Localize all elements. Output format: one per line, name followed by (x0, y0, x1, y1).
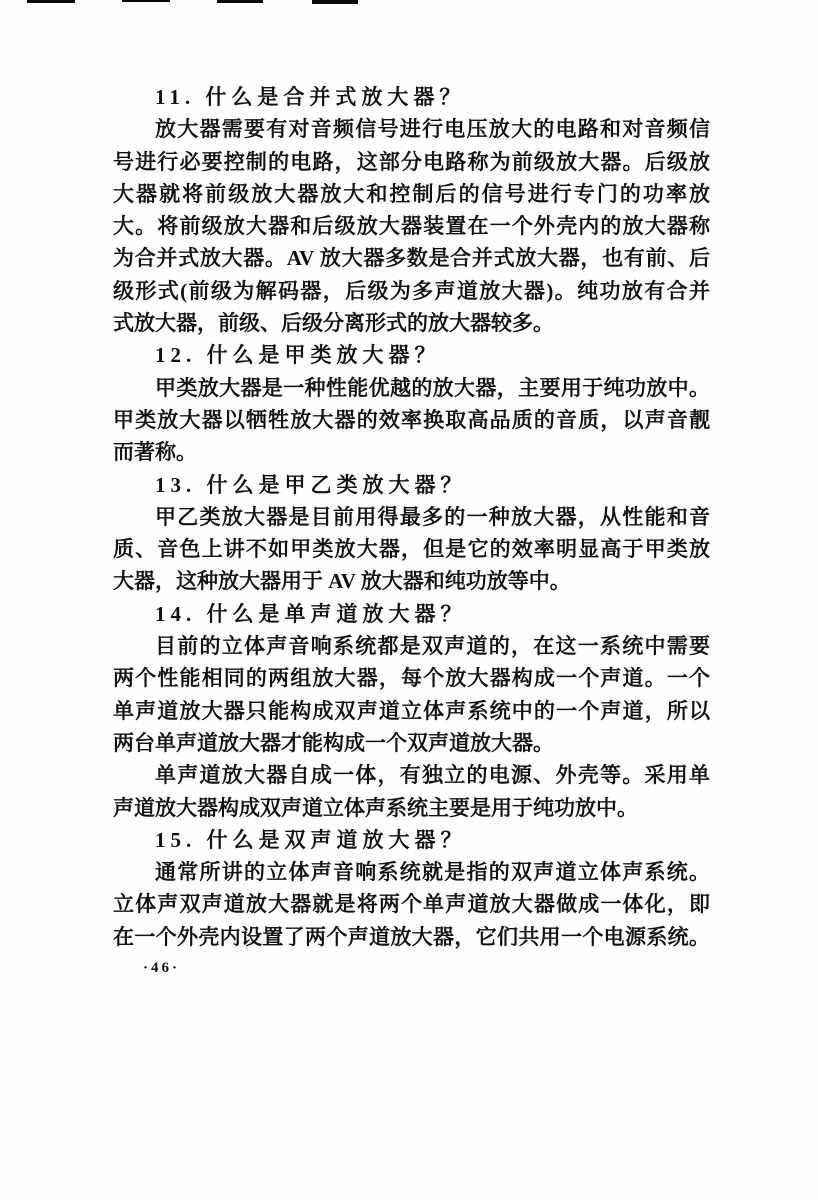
text-line: 通常所讲的立体声音响系统就是指的双声道立体声系统。 (113, 856, 710, 888)
text-line: 甲乙类放大器是目前用得最多的一种放大器，从性能和音 (113, 501, 710, 533)
text-line: 甲类放大器是一种性能优越的放大器，主要用于纯功放中。 (113, 372, 710, 404)
text-line: 两台单声道放大器才能构成一个双声道放大器。 (113, 727, 710, 759)
text-line: 目前的立体声音响系统都是双声道的，在这一系统中需要 (113, 630, 710, 662)
scanned-book-page: 11. 什么是合并式放大器？ 放大器需要有对音频信号进行电压放大的电路和对音频信… (0, 0, 818, 1200)
top-mark-bar-3 (217, 0, 263, 3)
text-line: 式放大器，前级、后级分离形式的放大器较多。 (113, 307, 710, 339)
top-mark-bar-2 (122, 0, 170, 2)
text-line: 大器就将前级放大器放大和控制后的信号进行专门的功率放 (113, 178, 710, 210)
text-line: 放大器需要有对音频信号进行电压放大的电路和对音频信 (113, 113, 710, 145)
page-number: ·46· (143, 960, 180, 977)
page-text-block: 11. 什么是合并式放大器？ 放大器需要有对音频信号进行电压放大的电路和对音频信… (113, 81, 710, 953)
question-11-heading: 11. 什么是合并式放大器？ (113, 81, 710, 113)
text-line: 两个性能相同的两组放大器，每个放大器构成一个声道。一个 (113, 662, 710, 694)
top-mark-bar-1 (27, 0, 75, 3)
text-line: 单声道放大器自成一体，有独立的电源、外壳等。采用单 (113, 759, 710, 791)
text-line: 大。将前级放大器和后级放大器装置在一个外壳内的放大器称 (113, 210, 710, 242)
text-line: 立体声双声道放大器就是将两个单声道放大器做成一体化，即 (113, 888, 710, 920)
text-line: 号进行必要控制的电路，这部分电路称为前级放大器。后级放 (113, 146, 710, 178)
text-line: 质、音色上讲不如甲类放大器，但是它的效率明显高于甲类放 (113, 533, 710, 565)
text-line: 而著称。 (113, 436, 710, 468)
text-line: 在一个外壳内设置了两个声道放大器，它们共用一个电源系统。 (113, 921, 710, 953)
top-edge-marks (0, 0, 818, 8)
text-line: 级形式(前级为解码器，后级为多声道放大器)。纯功放有合并 (113, 275, 710, 307)
text-line: 单声道放大器只能构成双声道立体声系统中的一个声道，所以 (113, 695, 710, 727)
text-line: 大器，这种放大器用于 AV 放大器和纯功放等中。 (113, 565, 710, 597)
text-line: 甲类放大器以牺牲放大器的效率换取高品质的音质，以声音靓 (113, 404, 710, 436)
question-14-heading: 14. 什么是单声道放大器？ (113, 598, 710, 630)
top-mark-bar-4 (312, 0, 358, 4)
text-line: 声道放大器构成双声道立体声系统主要是用于纯功放中。 (113, 792, 710, 824)
question-15-heading: 15. 什么是双声道放大器？ (113, 824, 710, 856)
question-13-heading: 13. 什么是甲乙类放大器？ (113, 469, 710, 501)
question-12-heading: 12. 什么是甲类放大器？ (113, 339, 710, 371)
text-line: 为合并式放大器。AV 放大器多数是合并式放大器，也有前、后 (113, 242, 710, 274)
